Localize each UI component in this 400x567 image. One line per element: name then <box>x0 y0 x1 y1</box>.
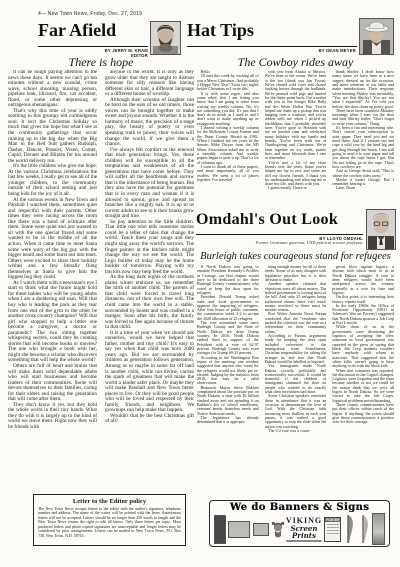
paragraph: When that comment was reported, the disc… <box>332 369 394 404</box>
paragraph: I want to thank all of these papers, and… <box>197 165 259 182</box>
paragraph: with you from Alaska to Mexico. We've be… <box>265 70 327 161</box>
viking-screen-prints-ad: We do Banners & Signs VIKING Screen Prin… <box>209 500 390 547</box>
paragraph: At the various events in New Town and Pa… <box>8 198 97 281</box>
paragraph: So pay attention to the little children.… <box>105 220 194 275</box>
paragraph: I've always felt comfort in the renewal … <box>105 148 194 220</box>
lloyd-omdahl-portrait-icon <box>367 210 395 249</box>
paragraph: In the early 1960s, the Office of Econom… <box>332 304 394 326</box>
letter-policy-title: Letter to the Editor policy <box>38 498 181 505</box>
far-afield-rule <box>38 46 148 47</box>
paragraph: anyone in the world. It is only as they … <box>105 70 194 98</box>
paragraph: The 3-2 vote was a coura- <box>265 429 327 433</box>
headline-cowboy-rides-away: The Cowboy rides away <box>197 55 394 70</box>
paragraph: Later, Dean <box>332 186 394 190</box>
paragraph: It is a time of year when we should ask … <box>105 331 194 414</box>
folio-text: 4— New Town News, Friday, Dec. 27, 2019 <box>38 11 142 17</box>
poster-sample-thumbnail: POSTER <box>324 517 341 542</box>
paragraph: According to the Washington Post report … <box>197 356 259 386</box>
omdahl-column-3: geous blow against bigotry, a disease wi… <box>332 265 394 497</box>
paragraph: It is with some regret, and also some re… <box>197 92 259 127</box>
paragraph: It can be tough paying attention to the … <box>8 70 97 109</box>
paragraph: If North Dakota was going to emulate Pre… <box>197 265 259 295</box>
feather-flag-icon <box>358 514 370 544</box>
hat-tips-article: Hello,I'll start this week by wishing al… <box>197 70 394 212</box>
paragraph: Others are full of heart and brains that… <box>8 364 97 403</box>
paragraph: Three county commissioners have put thei… <box>332 403 394 425</box>
banner-stand-graphic <box>372 513 385 545</box>
byline-role: Former lieutenant governor, UND politica… <box>210 241 363 246</box>
paragraph: According to Farzan, arguments made for … <box>265 334 327 364</box>
ad-phone-line <box>286 540 322 542</box>
paragraph: The legislature has already determined t… <box>197 416 259 425</box>
section-title-hat-tips: Hat Tips <box>187 21 254 40</box>
hat-tips-byline: BY DEAN MEYER <box>256 48 356 53</box>
hat-tips-column-3: thank Shirley. I don't know how many tim… <box>332 70 394 212</box>
byline-name: BY DEAN MEYER <box>256 48 356 53</box>
dean-meyer-photo <box>359 18 394 55</box>
paragraph: They don't know it yet, but they hold th… <box>8 403 97 431</box>
photo-sample-thumbnail <box>253 523 269 536</box>
poster-label: POSTER <box>325 518 340 523</box>
paragraph: I'll start this week by wishing all of y… <box>197 74 259 91</box>
banner-stand-icon <box>372 513 385 545</box>
ad-title: We do Banners & Signs <box>213 502 386 513</box>
paragraph: I started writing a weekly column for th… <box>197 126 259 165</box>
paragraph: There have been countless Monday morning… <box>332 109 394 126</box>
lloyd-omdahl-photo <box>366 209 396 250</box>
newspaper-page: 4— New Town News, Friday, Dec. 27, 2019 … <box>0 0 400 567</box>
hat-tips-column-1: Hello,I'll start this week by wishing al… <box>197 70 259 212</box>
omdahl-byline: BY LLOYD OMDAHL Former lieutenant govern… <box>210 236 363 246</box>
paragraph: As I watch them with a newsman's eye I s… <box>8 281 97 364</box>
paragraph: It's the little children who give me hop… <box>8 164 97 197</box>
feather-flag-icon <box>344 514 356 544</box>
paragraph: That's why this time of year is oddly so… <box>8 109 97 164</box>
paragraph: President Donald Trump asked state and l… <box>197 295 259 321</box>
section-title-far-afield: Far Afield <box>38 21 116 40</box>
feather-flags-graphic <box>344 514 370 544</box>
viking-brand-block: VIKING Screen Prints <box>271 517 322 542</box>
dean-meyer-portrait-icon <box>360 19 393 54</box>
far-afield-column-1: It can be tough paying attention to the … <box>8 70 97 488</box>
jerry-kram-portrait-icon <box>151 22 180 54</box>
banner-sample-thumbnail <box>214 515 226 544</box>
paragraph: Bismarck Mayor Steve Bakken complained a… <box>197 386 259 416</box>
paragraph: Although their screams of laughter can b… <box>105 98 194 148</box>
paragraph: You've met a lot of my close friends ove… <box>265 161 327 187</box>
folio-line: 4— New Town News, Friday, Dec. 27, 2019 <box>38 11 142 17</box>
paragraph: Yes, immigrants made North Dakota social… <box>265 364 327 394</box>
paragraph: thank Shirley. I don't know how many tim… <box>332 70 394 109</box>
paragraph: The vote astonished some since Burleigh … <box>197 321 259 356</box>
paragraph: Post Writer Antonia Noori Farzan conclud… <box>265 312 327 334</box>
paragraph: Another speaker claimed that objections … <box>265 282 327 312</box>
ad-graphics: VIKING Screen Prints POSTER <box>213 513 386 545</box>
paragraph: As the long dark nights of the northern … <box>105 275 194 330</box>
paragraph: It's been a fun and interesting ride. Do… <box>332 126 394 169</box>
far-afield-article: It can be tough paying attention to the … <box>8 70 194 488</box>
paragraph: I guess mostly I have to <box>265 186 327 190</box>
ad-brand-line3: Prints <box>286 532 322 539</box>
omdahl-article: If North Dakota was going to emulate Pre… <box>197 265 394 497</box>
headline-burleigh-refugees: Burleigh takes courageous stand for refu… <box>197 251 394 262</box>
hat-tips-rule <box>187 46 357 47</box>
letter-policy-box: Letter to the Editor policy The New Town… <box>33 494 186 546</box>
paragraph: geous blow against bigotry, a disease wi… <box>332 265 394 295</box>
section-title-omdahl: Omdahl's Out Look <box>196 211 338 228</box>
sign-sample-thumbnail <box>228 521 250 538</box>
jerry-kram-photo <box>150 21 181 55</box>
paragraph: Wouldn't that be the best Christmas gift… <box>105 414 194 425</box>
omdahl-column-1: If North Dakota was going to emulate Pre… <box>197 265 259 497</box>
paragraph: Some Christian speakers reminded those i… <box>265 394 327 429</box>
hat-tips-column-2: with you from Alaska to Mexico. We've be… <box>265 70 327 212</box>
headline-there-is-hope: There is hope <box>8 55 194 70</box>
paragraph: ating enough money for all of these need… <box>265 265 327 282</box>
viking-mascot-icon <box>271 519 285 539</box>
omdahl-column-2: ating enough money for all of these need… <box>265 265 327 497</box>
far-afield-column-2: anyone in the world. It is only as they … <box>105 70 194 488</box>
letter-policy-body: The New Town News accepts letters to the… <box>38 507 181 539</box>
omdahl-rule <box>196 234 363 235</box>
paragraph: While those of us in the government were… <box>332 325 394 368</box>
